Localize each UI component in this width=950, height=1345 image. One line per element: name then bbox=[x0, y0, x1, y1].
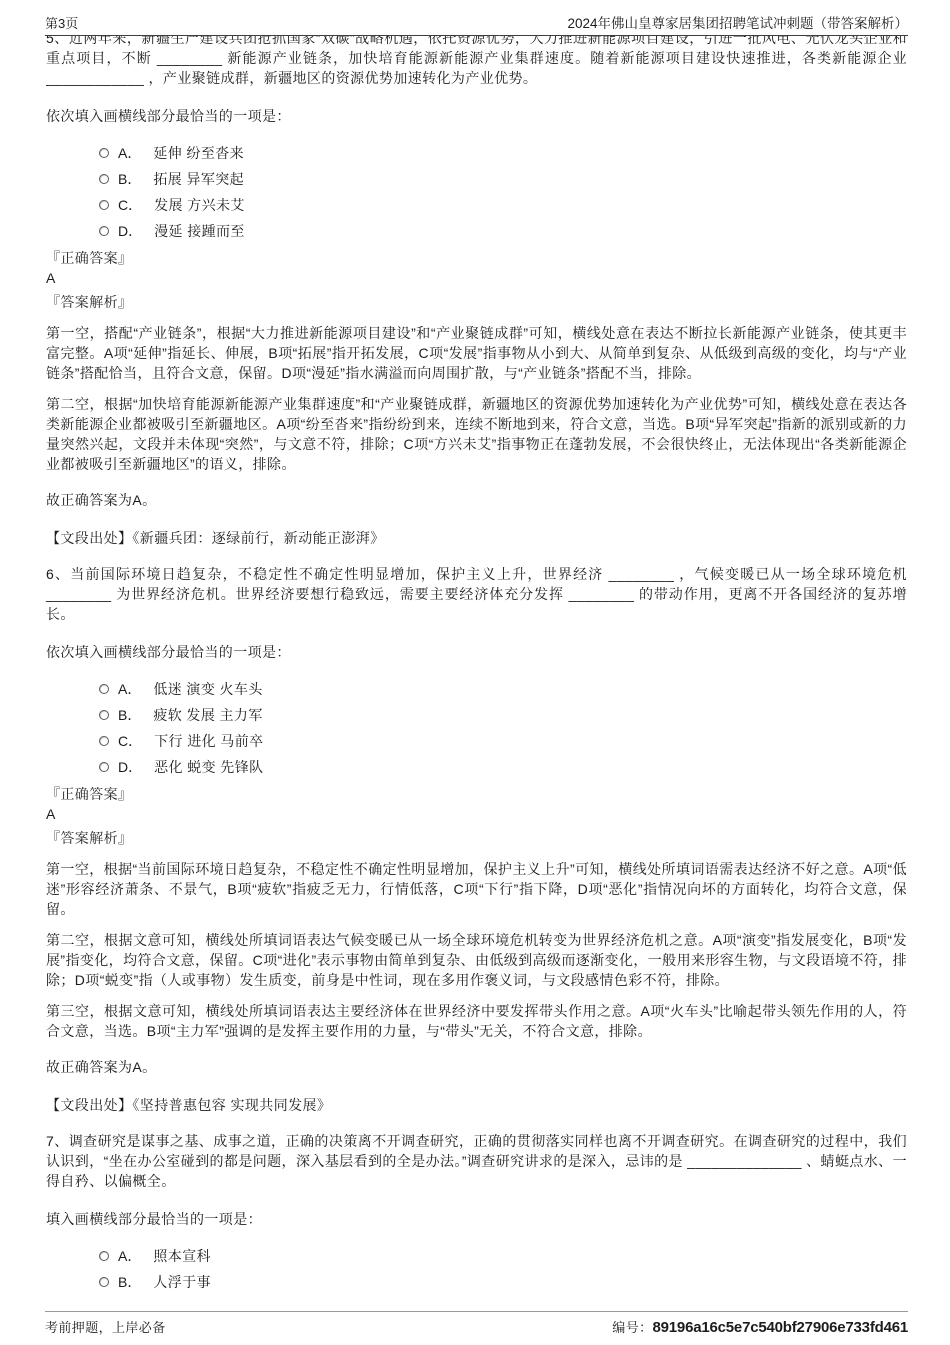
option-text: 恶化 蜕变 先锋队 bbox=[154, 757, 263, 777]
option-5b[interactable]: B． 拓展 异军突起 bbox=[46, 166, 907, 192]
page-footer: 考前押题，上岸必备 编号：89196a16c5e7c540bf27906e733… bbox=[45, 1311, 908, 1337]
fill-prompt: 依次填入画横线部分最恰当的一项是： bbox=[46, 106, 907, 126]
page-number: 第3页 bbox=[45, 13, 78, 32]
question-6-section: 6、当前国际环境日趋复杂，不稳定性不确定性明显增加，保护主义上升，世界经济 __… bbox=[46, 564, 907, 1115]
radio-button[interactable] bbox=[99, 684, 109, 694]
correct-answer-value: A bbox=[46, 268, 907, 288]
option-text: 延伸 纷至沓来 bbox=[153, 143, 244, 163]
analysis-paragraph: 第二空，根据“加快培育能源新能源产业集群速度”和“产业聚链成群，新疆地区的资源优… bbox=[46, 394, 907, 474]
option-text: 人浮于事 bbox=[153, 1272, 211, 1292]
source-label: 【文段出处】 bbox=[46, 1097, 132, 1113]
question-5-stem-wrap: 5、近两年来，新疆生产建设兵团抢抓国家“双碳”战略机遇，依托资源优势，大力推进新… bbox=[46, 36, 907, 88]
option-letter: B． bbox=[118, 705, 141, 725]
option-5a[interactable]: A． 延伸 纷至沓来 bbox=[46, 140, 907, 166]
correct-answer-label: 『正确答案』 bbox=[46, 784, 907, 804]
footer-serial: 编号：89196a16c5e7c540bf27906e733fd461 bbox=[612, 1317, 908, 1337]
option-letter: A． bbox=[118, 679, 141, 699]
option-text: 疲软 发展 主力军 bbox=[153, 705, 262, 725]
option-6b[interactable]: B． 疲软 发展 主力军 bbox=[46, 702, 907, 728]
question-stem: 5、近两年来，新疆生产建设兵团抢抓国家“双碳”战略机遇，依托资源优势，大力推进新… bbox=[46, 36, 907, 88]
option-7b[interactable]: B． 人浮于事 bbox=[46, 1269, 907, 1295]
conclusion-text: 故正确答案为A。 bbox=[46, 1057, 907, 1077]
option-letter: D． bbox=[118, 757, 142, 777]
option-5c[interactable]: C． 发展 方兴未艾 bbox=[46, 192, 907, 218]
radio-button[interactable] bbox=[99, 200, 109, 210]
radio-button[interactable] bbox=[99, 148, 109, 158]
option-text: 下行 进化 马前卒 bbox=[154, 731, 263, 751]
footer-divider bbox=[45, 1311, 908, 1312]
source-title: 《新疆兵团：逐绿前行，新动能正澎湃》 bbox=[132, 530, 384, 546]
question-stem: 7、调查研究是谋事之基、成事之道，正确的决策离不开调查研究，正确的贯彻落实同样也… bbox=[46, 1131, 907, 1191]
options-group: A． 延伸 纷至沓来 B． 拓展 异军突起 C． 发展 方兴未艾 D． 漫延 接… bbox=[46, 140, 907, 244]
option-6a[interactable]: A． 低迷 演变 火车头 bbox=[46, 676, 907, 702]
option-text: 拓展 异军突起 bbox=[153, 169, 244, 189]
options-group: A． 低迷 演变 火车头 B． 疲软 发展 主力军 C． 下行 进化 马前卒 D… bbox=[46, 676, 907, 780]
option-6d[interactable]: D． 恶化 蜕变 先锋队 bbox=[46, 754, 907, 780]
option-text: 漫延 接踵而至 bbox=[154, 221, 245, 241]
question-5-section: 5、近两年来，新疆生产建设兵团抢抓国家“双碳”战略机遇，依托资源优势，大力推进新… bbox=[46, 36, 907, 548]
correct-answer-value: A bbox=[46, 804, 907, 824]
radio-button[interactable] bbox=[99, 736, 109, 746]
option-letter: A． bbox=[118, 143, 141, 163]
source-line: 【文段出处】《坚持普惠包容 实现共同发展》 bbox=[46, 1095, 907, 1115]
option-letter: B． bbox=[118, 169, 141, 189]
analysis-label: 『答案解析』 bbox=[46, 828, 907, 848]
page-content: 5、近两年来，新疆生产建设兵团抢抓国家“双碳”战略机遇，依托资源优势，大力推进新… bbox=[0, 36, 950, 1295]
option-text: 低迷 演变 火车头 bbox=[153, 679, 262, 699]
radio-button[interactable] bbox=[99, 1277, 109, 1287]
footer-slogan: 考前押题，上岸必备 bbox=[45, 1317, 166, 1336]
fill-prompt: 填入画横线部分最恰当的一项是： bbox=[46, 1209, 907, 1229]
question-7-section: 7、调查研究是谋事之基、成事之道，正确的决策离不开调查研究，正确的贯彻落实同样也… bbox=[46, 1131, 907, 1295]
document-title: 2024年佛山皇尊家居集团招聘笔试冲刺题（带答案解析） bbox=[567, 12, 908, 32]
radio-button[interactable] bbox=[99, 710, 109, 720]
source-line: 【文段出处】《新疆兵团：逐绿前行，新动能正澎湃》 bbox=[46, 528, 907, 548]
option-7a[interactable]: A． 照本宣科 bbox=[46, 1243, 907, 1269]
analysis-label: 『答案解析』 bbox=[46, 292, 907, 312]
option-letter: B． bbox=[118, 1272, 141, 1292]
radio-button[interactable] bbox=[99, 762, 109, 772]
analysis-paragraph: 第一空，根据“当前国际环境日趋复杂，不稳定性不确定性明显增加，保护主义上升”可知… bbox=[46, 859, 907, 919]
option-letter: A． bbox=[118, 1246, 141, 1266]
option-letter: D． bbox=[118, 221, 142, 241]
option-text: 照本宣科 bbox=[153, 1246, 211, 1266]
serial-label: 编号： bbox=[612, 1320, 652, 1335]
option-text: 发展 方兴未艾 bbox=[154, 195, 245, 215]
question-stem: 6、当前国际环境日趋复杂，不稳定性不确定性明显增加，保护主义上升，世界经济 __… bbox=[46, 564, 907, 624]
analysis-paragraph: 第一空，搭配“产业链条”，根据“大力推进新能源项目建设”和“产业聚链成群”可知，… bbox=[46, 323, 907, 383]
option-6c[interactable]: C． 下行 进化 马前卒 bbox=[46, 728, 907, 754]
options-group: A． 照本宣科 B． 人浮于事 bbox=[46, 1243, 907, 1295]
option-5d[interactable]: D． 漫延 接踵而至 bbox=[46, 218, 907, 244]
source-label: 【文段出处】 bbox=[46, 530, 132, 546]
radio-button[interactable] bbox=[99, 174, 109, 184]
page-header: 第3页 2024年佛山皇尊家居集团招聘笔试冲刺题（带答案解析） bbox=[0, 0, 950, 35]
option-letter: C． bbox=[118, 731, 142, 751]
analysis-paragraph: 第三空，根据文意可知，横线处所填词语表达主要经济体在世界经济中要发挥带头作用之意… bbox=[46, 1001, 907, 1041]
conclusion-text: 故正确答案为A。 bbox=[46, 490, 907, 510]
radio-button[interactable] bbox=[99, 1251, 109, 1261]
radio-button[interactable] bbox=[99, 226, 109, 236]
fill-prompt: 依次填入画横线部分最恰当的一项是： bbox=[46, 642, 907, 662]
serial-value: 89196a16c5e7c540bf27906e733fd461 bbox=[653, 1319, 909, 1336]
analysis-paragraph: 第二空，根据文意可知，横线处所填词语表达气候变暖已从一场全球环境危机转变为世界经… bbox=[46, 930, 907, 990]
option-letter: C． bbox=[118, 195, 142, 215]
correct-answer-label: 『正确答案』 bbox=[46, 248, 907, 268]
source-title: 《坚持普惠包容 实现共同发展》 bbox=[132, 1097, 331, 1113]
document-page: 第3页 2024年佛山皇尊家居集团招聘笔试冲刺题（带答案解析） 5、近两年来，新… bbox=[0, 0, 950, 1345]
